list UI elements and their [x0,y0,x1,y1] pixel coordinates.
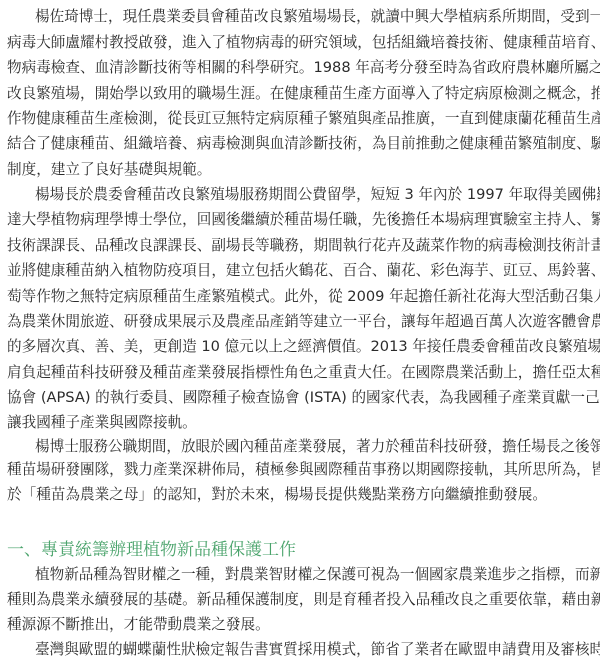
text-line: 並將健康種苗納入植物防疫項目，建立包括火鶴花、百合、蘭花、彩色海芋、豇豆、馬鈴薯… [7,259,589,283]
text-line: 物病毒檢查、血清診斷技術等相關的科學研究。1988 年高考分發至時為省政府農林廳… [7,56,589,80]
text-line: 病毒大師盧耀村教授啟發，進入了植物病毒的研究領域，包括組織培養技術、健康種苗培育… [7,31,589,55]
text-line: 種源源不斷推出，才能帶動農業之發展。 [7,613,589,637]
text-line: 協會 (APSA) 的執行委員、國際種子檢查協會 (ISTA) 的國家代表，為我… [7,386,589,410]
text-line: 楊場長於農委會種苗改良繁殖場服務期間公費留學，短短 3 年內於 1997 年取得… [35,183,589,207]
text-line: 作物健康種苗生產檢測，從長豇豆無特定病原種子繁殖與產品推廣，一直到健康蘭花種苗生… [7,107,589,131]
text-line: 於「種苗為農業之母」的認知，對於未來，楊場長提供幾點業務方向繼續推動發展。 [7,483,589,507]
text-line: 的多層次真、善、美，更創造 10 億元以上之經濟價值。2013 年接任農委會種苗… [7,335,589,359]
text-line: 萄等作物之無特定病原種苗生產繁殖模式。此外，從 2009 年起擔任新社花海大型活… [7,285,589,309]
text-line: 臺灣與歐盟的蝴蝶蘭性狀檢定報告書實質採用模式，節省了業者在歐盟申請費用及審核時間… [35,638,589,662]
text-line: 達大學植物病理學博士學位，回國後繼續於種苗場任職，先後擔任本場病理實驗室主持人、… [7,208,589,232]
text-line: 改良繁殖場，開始學以致用的職場生涯。在健康種苗生產方面導入了特定病原檢測之概念，… [7,82,589,106]
text-line: 植物新品種為智財權之一種，對農業智財權之保護可視為一個國家農業進步之指標，而新品 [35,563,589,587]
text-line: 種則為農業永續發展的基礎。新品種保護制度，則是育種者投入品種改良之重要依靠，藉由… [7,588,589,612]
text-line: 楊佐琦博士，現任農業委員會種苗改良繁殖場場長，就讀中興大學植病系所期間，受到一代 [35,5,589,29]
text-line: 肩負起種苗科技研發及種苗產業發展指標性角色之重責大任。在國際農業活動上，擔任亞太… [7,361,589,385]
text-line: 讓我國種子產業與國際接軌。 [7,411,589,435]
text-line: 種苗場研發團隊，戮力產業深耕佈局，積極參與國際種苗事務以期國際接軌，其所思所為，… [7,458,589,482]
text-line: 結合了健康種苗、組織培養、病毒檢測與血清診斷技術，為目前推動之健康種苗繁殖制度、… [7,132,589,156]
section-heading: 一、專責統籌辦理植物新品種保護工作 [7,537,296,563]
text-line: 楊博士服務公職期間，放眼於國內種苗產業發展，著力於種苗科技研發，擔任場長之後領導 [35,435,589,459]
text-line: 技術課課長、品種改良課課長、副場長等職務，期間執行花卉及蔬菜作物的病毒檢測技術計… [7,234,589,258]
text-line: 制度，建立了良好基礎與規範。 [7,158,589,182]
text-line: 為農業休閒旅遊、研發成果展示及農產品產銷等建立一平台，讓每年超過百萬人次遊客體會… [7,310,589,334]
